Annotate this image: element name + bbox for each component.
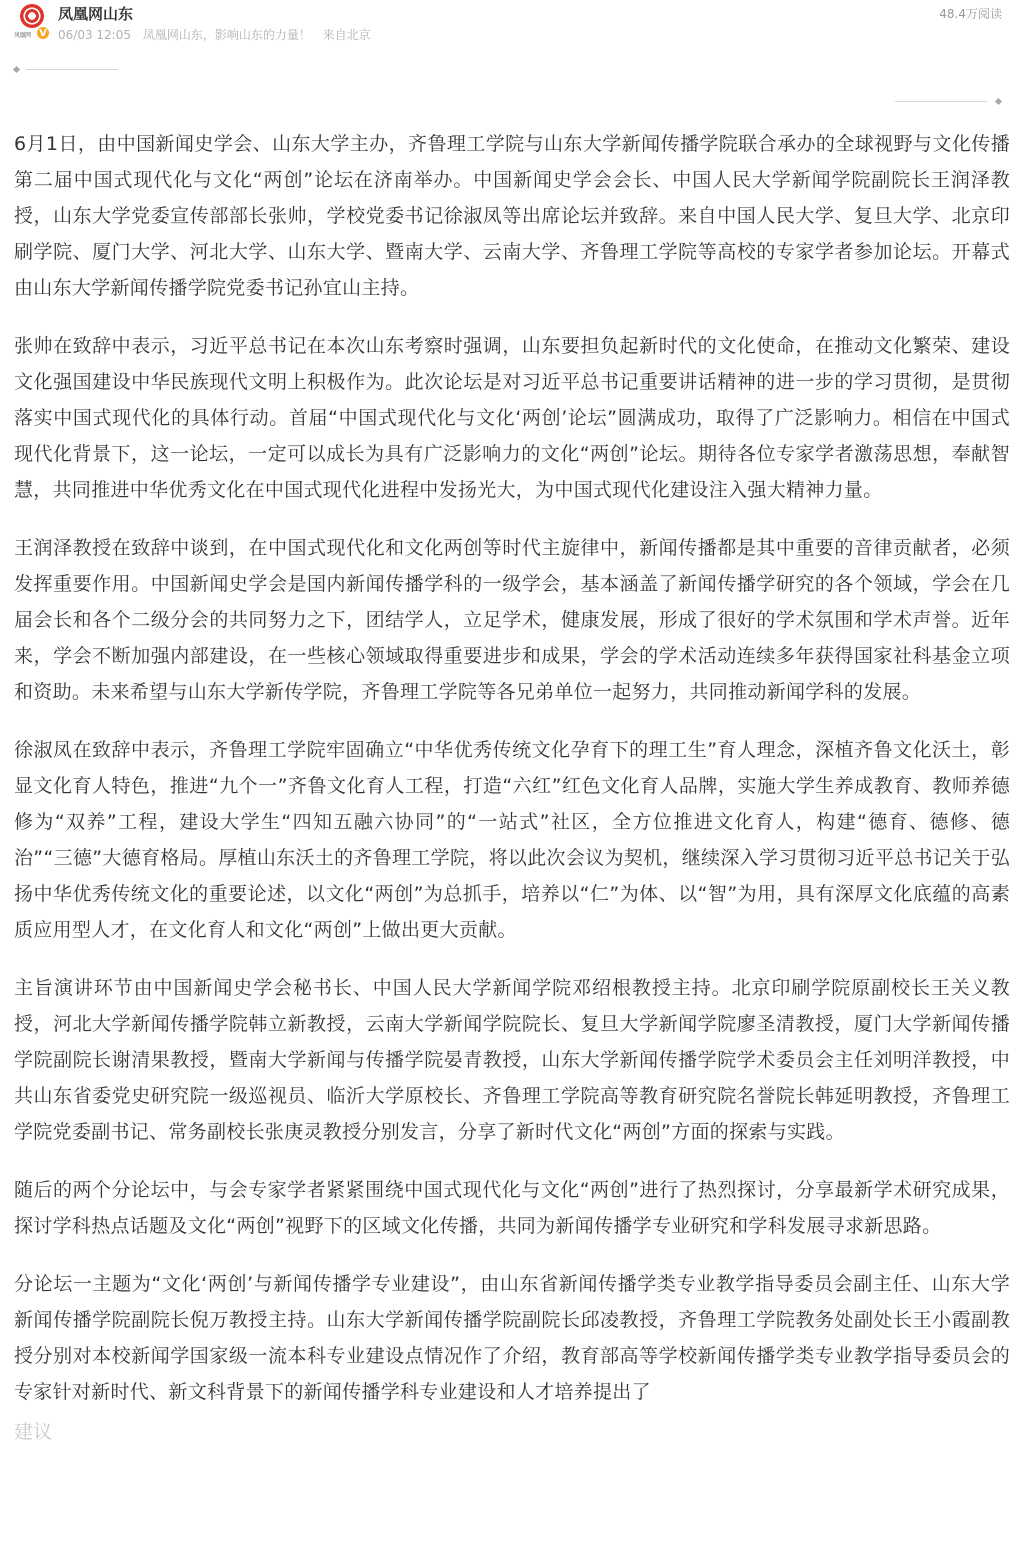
avatar-brand-text: 凤凰网 bbox=[14, 30, 31, 39]
article-paragraph: 王润泽教授在致辞中谈到，在中国式现代化和文化两创等时代主旋律中，新闻传播都是其中… bbox=[14, 530, 1010, 710]
diamond-icon bbox=[995, 98, 1002, 105]
author-slogan: 凤凰网山东，影响山东的力量！ bbox=[143, 28, 311, 42]
divider-right bbox=[895, 98, 1005, 106]
post-header: 凤凰网 V 凤凰网山东 06/03 12:05 凤凰网山东，影响山东的力量！ 来… bbox=[0, 0, 1024, 44]
phoenix-logo-icon bbox=[20, 4, 44, 28]
divider-line bbox=[895, 101, 987, 102]
article-paragraph: 分论坛一主题为“文化‘两创’与新闻传播学专业建设”，由山东省新闻传播学类专业教学… bbox=[14, 1266, 1010, 1410]
read-count: 48.4万阅读 bbox=[939, 5, 1002, 22]
article-faded-tail: 建议 bbox=[14, 1414, 1010, 1450]
diamond-icon bbox=[13, 66, 20, 73]
article-paragraph: 随后的两个分论坛中，与会专家学者紧紧围绕中国式现代化与文化“两创”进行了热烈探讨… bbox=[14, 1172, 1010, 1244]
post-location: 来自北京 bbox=[323, 28, 371, 42]
avatar[interactable]: 凤凰网 V bbox=[14, 4, 50, 40]
divider-left bbox=[12, 66, 122, 74]
verified-badge-icon: V bbox=[36, 26, 50, 40]
article-body: 6月1日，由中国新闻史学会、山东大学主办，齐鲁理工学院与山东大学新闻传播学院联合… bbox=[14, 126, 1010, 1472]
post-date: 06/03 12:05 bbox=[58, 28, 131, 42]
post-meta: 06/03 12:05 凤凰网山东，影响山东的力量！ 来自北京 bbox=[58, 26, 379, 43]
article-paragraph: 主旨演讲环节由中国新闻史学会秘书长、中国人民大学新闻学院邓绍根教授主持。北京印刷… bbox=[14, 970, 1010, 1150]
article-paragraph: 徐淑凤在致辞中表示，齐鲁理工学院牢固确立“中华优秀传统文化孕育下的理工生”育人理… bbox=[14, 732, 1010, 948]
article-paragraph: 张帅在致辞中表示，习近平总书记在本次山东考察时强调，山东要担负起新时代的文化使命… bbox=[14, 328, 1010, 508]
divider-line bbox=[26, 69, 118, 70]
author-name[interactable]: 凤凰网山东 bbox=[58, 3, 133, 24]
article-paragraph: 6月1日，由中国新闻史学会、山东大学主办，齐鲁理工学院与山东大学新闻传播学院联合… bbox=[14, 126, 1010, 306]
